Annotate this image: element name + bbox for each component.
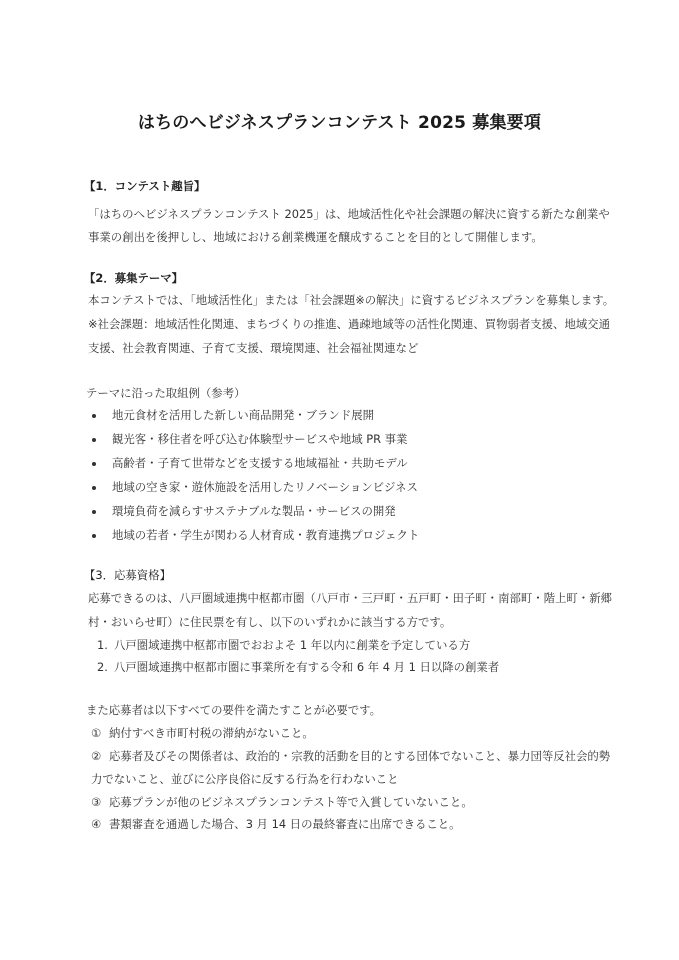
requirement-mark: ③ — [91, 794, 101, 810]
requirement-text: 納付すべき市町村税の滞納がないこと。 — [109, 725, 314, 741]
examples-label: テーマに沿った取組例（参考） — [86, 385, 245, 401]
list-item-text: 地域の空き家・遊休施設を活用したリノベーションビジネス — [112, 479, 418, 495]
requirement-text: 応募者及びその関係者は、政治的・宗教的活動を目的とする団体でないこと、暴力団等反… — [109, 748, 610, 764]
bullet-icon — [92, 438, 96, 442]
section-2-note-line: 支援、社会教育関連、子育て支援、環境関連、社会福祉関連など — [88, 340, 418, 356]
requirements-intro: また応募者は以下すべての要件を満たすことが必要です。 — [86, 702, 381, 718]
requirement-text-continued: 力でないこと、並びに公序良俗に反する行為を行わないこと — [91, 771, 399, 787]
document-title: はちのへビジネスプランコンテスト 2025 募集要項 — [0, 108, 679, 133]
section-3-heading: 【3．応募資格】 — [84, 567, 171, 583]
list-item-text: 高齢者・子育て世帯などを支援する地域福祉・共助モデル — [112, 455, 408, 471]
bullet-icon — [92, 486, 96, 490]
section-2-text-line: 本コンテストでは、「地域活性化」または「社会課題※の解決」に資するビジネスプラン… — [88, 292, 614, 308]
section-1-text-line: 「はちのへビジネスプランコンテスト 2025」は、地域活性化や社会課題の解決に資… — [88, 206, 610, 222]
requirement-mark: ② — [91, 748, 101, 764]
bullet-icon — [92, 462, 96, 466]
section-2-note-line: ※社会課題：地域活性化関連、まちづくりの推進、過疎地域等の活性化関連、買物弱者支… — [88, 316, 610, 332]
item-number: 1. — [97, 637, 108, 653]
section-3-text-line: 応募できるのは、八戸圏域連携中枢都市圏（八戸市・三戸町・五戸町・田子町・南部町・… — [88, 590, 612, 606]
bullet-icon — [92, 414, 96, 418]
list-item-text: 地域の若者・学生が関わる人材育成・教育連携プロジェクト — [112, 527, 419, 543]
section-2-heading: 【2．募集テーマ】 — [84, 270, 183, 286]
item-text: 八戸圏域連携中枢都市圏に事業所を有する令和 6 年 4 月 1 日以降の創業者 — [114, 659, 499, 675]
section-3-text-line: 村・おいらせ町）に住民票を有し、以下のいずれかに該当する方です。 — [88, 614, 451, 630]
list-item-text: 地元食材を活用した新しい商品開発・ブランド展開 — [112, 407, 374, 423]
bullet-icon — [92, 534, 96, 538]
bullet-icon — [92, 510, 96, 514]
list-item-text: 環境負荷を減らすサステナブルな製品・サービスの開発 — [112, 503, 396, 519]
requirement-text: 応募プランが他のビジネスプランコンテスト等で入賞していないこと。 — [109, 794, 473, 810]
item-number: 2. — [97, 659, 108, 675]
list-item-text: 観光客・移住者を呼び込む体験型サービスや地域 PR 事業 — [112, 431, 407, 447]
item-text: 八戸圏域連携中枢都市圏でおおよそ 1 年以内に創業を予定している方 — [114, 637, 470, 653]
requirement-text: 書類審査を通過した場合、3 月 14 日の最終審査に出席できること。 — [109, 816, 461, 832]
document-page: はちのへビジネスプランコンテスト 2025 募集要項 【1．コンテスト趣旨】 「… — [0, 0, 679, 960]
requirement-mark: ④ — [91, 816, 101, 832]
section-1-heading: 【1．コンテスト趣旨】 — [84, 178, 205, 194]
requirement-mark: ① — [91, 725, 101, 741]
section-1-text-line: 事業の創出を後押しし、地域における創業機運を醸成することを目的として開催します。 — [88, 229, 543, 245]
